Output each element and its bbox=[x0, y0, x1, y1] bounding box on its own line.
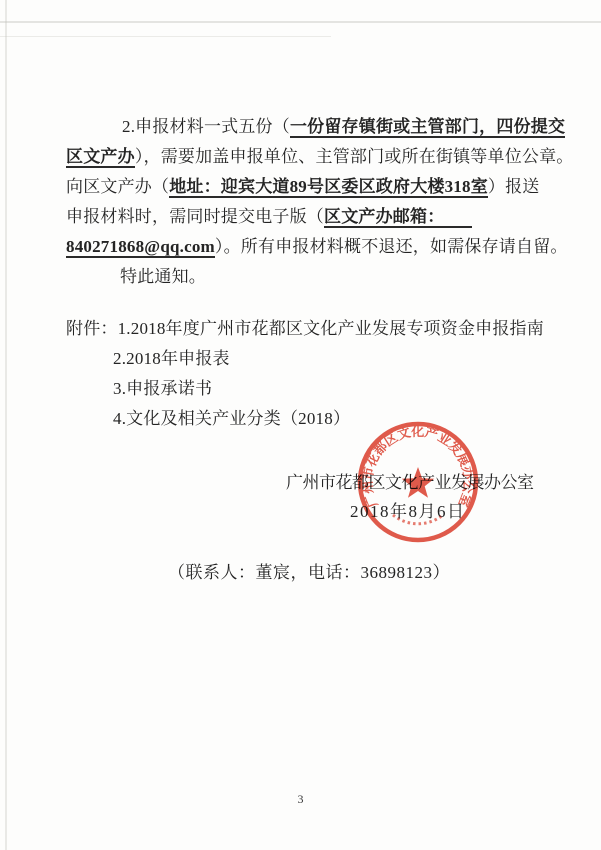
attachment-item: 3.申报承诺书 bbox=[113, 374, 586, 404]
scan-artifact-line bbox=[0, 21, 601, 23]
paragraph-line: 申报材料时，需同时提交电子版（区文产办邮箱： bbox=[66, 202, 586, 232]
body-text: 申报材料时，需同时提交电子版（ bbox=[66, 207, 324, 226]
scan-artifact-line bbox=[5, 0, 7, 850]
attachment-item: 1.2018年度广州市花都区文化产业发展专项资金申报指南 bbox=[118, 319, 544, 338]
attachment-row: 附件：1.2018年度广州市花都区文化产业发展专项资金申报指南 bbox=[66, 314, 586, 344]
emphasized-underlined-text: 一份留存镇街或主管部门，四份提交 bbox=[290, 117, 565, 138]
paragraph-line: 840271868@qq.com）。所有申报材料概不退还，如需保存请自留。 bbox=[66, 232, 586, 262]
paragraph-line: 2.申报材料一式五份（一份留存镇街或主管部门，四份提交 bbox=[66, 112, 586, 142]
paragraph-line: 向区文产办（地址：迎宾大道89号区委区政府大楼318室）报送 bbox=[66, 172, 586, 202]
emphasized-underlined-text: 地址：迎宾大道89号区委区政府大楼318室 bbox=[169, 177, 488, 198]
official-red-seal: 广州市花都区文化产业发展办公室 bbox=[348, 412, 488, 552]
seal-code-marks bbox=[393, 515, 443, 524]
seal-curved-text: 广州市花都区文化产业发展办公室 bbox=[360, 424, 477, 510]
body-paragraph: 2.申报材料一式五份（一份留存镇街或主管部门，四份提交 区文产办），需要加盖申报… bbox=[66, 112, 586, 292]
body-text: 向区文产办（ bbox=[66, 177, 169, 196]
seal-star-icon bbox=[402, 467, 434, 498]
attachments-label: 附件： bbox=[66, 319, 118, 338]
emphasized-underlined-text: 区文产办 bbox=[66, 147, 135, 168]
page-number: 3 bbox=[0, 792, 601, 807]
body-text: ），需要加盖申报单位、主管部门或所在街镇等单位公章。 bbox=[135, 147, 574, 166]
contact-line: （联系人：董宸，电话：36898123） bbox=[168, 558, 450, 583]
body-text: 特此通知。 bbox=[120, 267, 206, 286]
emphasized-underlined-email: 840271868@qq.com bbox=[66, 237, 215, 258]
emphasized-underlined-text: 区文产办邮箱： bbox=[324, 207, 472, 228]
body-text: ）报送 bbox=[488, 177, 540, 196]
body-text: 2.申报材料一式五份（ bbox=[122, 117, 290, 136]
body-text: ）。所有申报材料概不退还，如需保存请自留。 bbox=[215, 237, 568, 256]
attachments-block: 附件：1.2018年度广州市花都区文化产业发展专项资金申报指南 2.2018年申… bbox=[66, 314, 586, 434]
scan-artifact-line bbox=[0, 36, 331, 37]
attachment-item: 2.2018年申报表 bbox=[113, 344, 586, 374]
scanned-notice-page: 2.申报材料一式五份（一份留存镇街或主管部门，四份提交 区文产办），需要加盖申报… bbox=[0, 0, 601, 850]
svg-text:广州市花都区文化产业发展办公室: 广州市花都区文化产业发展办公室 bbox=[360, 424, 477, 510]
notice-closing-line: 特此通知。 bbox=[66, 262, 586, 292]
paragraph-line: 区文产办），需要加盖申报单位、主管部门或所在街镇等单位公章。 bbox=[66, 142, 586, 172]
